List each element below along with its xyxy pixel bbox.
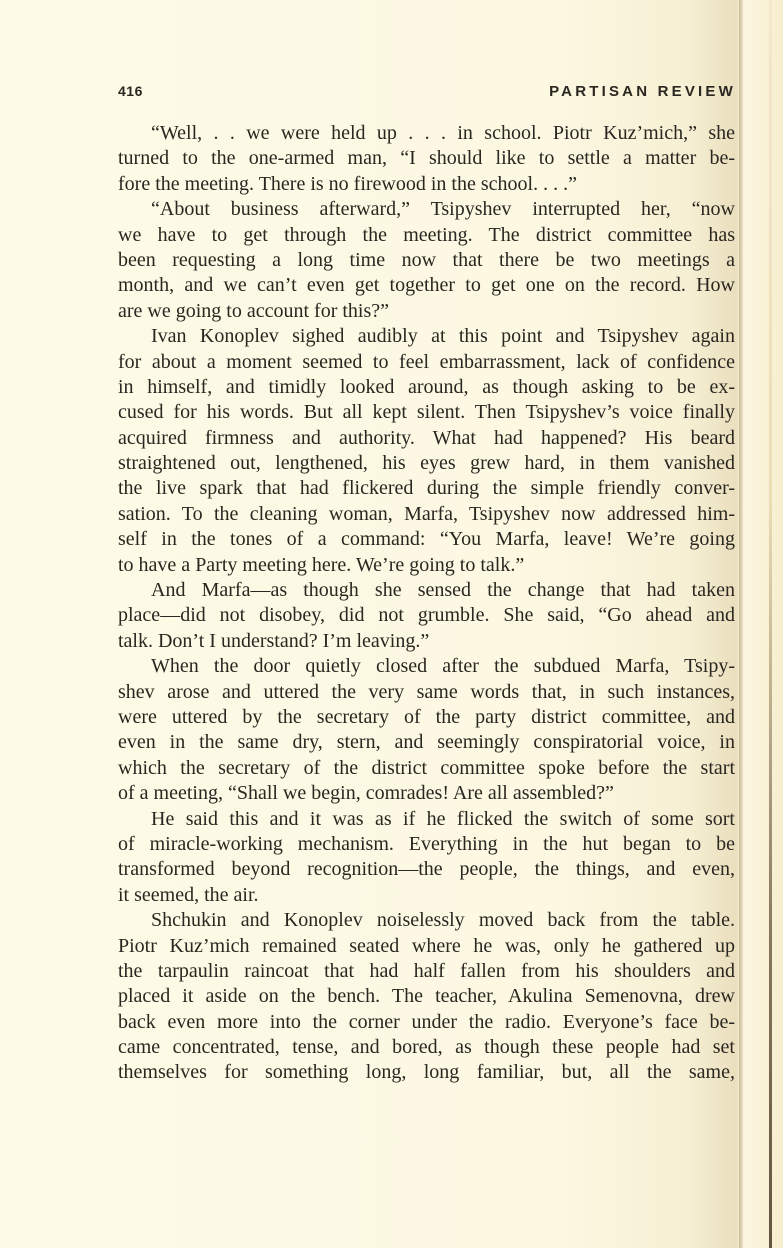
text-line: were uttered by the secretary of the par… (118, 705, 735, 730)
text-line: He said this and it was as if he flicked… (118, 807, 735, 832)
text-line: “About business afterward,” Tsipyshev in… (118, 197, 735, 222)
text-line: in himself, and timidly looked around, a… (118, 375, 735, 400)
text-line: the live spark that had flickered during… (118, 476, 735, 501)
text-line: fore the meeting. There is no firewood i… (118, 172, 735, 197)
text-line: placed it aside on the bench. The teache… (118, 984, 735, 1009)
text-line: Piotr Kuz’mich remained seated where he … (118, 934, 735, 959)
text-line: “Well, . . we were held up . . . in scho… (118, 121, 735, 146)
text-line: straightened out, lengthened, his eyes g… (118, 451, 735, 476)
page-edge (769, 0, 772, 1248)
book-page: 416 PARTISAN REVIEW “Well, . . we were h… (0, 0, 783, 1248)
text-line: themselves for something long, long fami… (118, 1060, 735, 1085)
text-line: transformed beyond recognition—the peopl… (118, 857, 735, 882)
text-line: And Marfa—as though she sensed the chang… (118, 578, 735, 603)
text-line: we have to get through the meeting. The … (118, 223, 735, 248)
text-line: cused for his words. But all kept silent… (118, 400, 735, 425)
text-line: turned to the one-armed man, “I should l… (118, 146, 735, 171)
text-line: the tarpaulin raincoat that had half fal… (118, 959, 735, 984)
text-line: When the door quietly closed after the s… (118, 654, 735, 679)
text-line: to have a Party meeting here. We’re goin… (118, 553, 735, 578)
text-line: of miracle-working mechanism. Everything… (118, 832, 735, 857)
running-head: PARTISAN REVIEW (549, 83, 736, 100)
text-line: shev arose and uttered the very same wor… (118, 680, 735, 705)
text-line: back even more into the corner under the… (118, 1010, 735, 1035)
text-line: came concentrated, tense, and bored, as … (118, 1035, 735, 1060)
text-line: sation. To the cleaning woman, Marfa, Ts… (118, 502, 735, 527)
text-line: it seemed, the air. (118, 883, 735, 908)
text-line: which the secretary of the district comm… (118, 756, 735, 781)
text-line: place—did not disobey, did not grumble. … (118, 603, 735, 628)
page-header: 416 PARTISAN REVIEW (118, 83, 736, 103)
text-line: Ivan Konoplev sighed audibly at this poi… (118, 324, 735, 349)
text-line: talk. Don’t I understand? I’m leaving.” (118, 629, 735, 654)
page-number: 416 (118, 83, 143, 99)
text-line: are we going to account for this?” (118, 299, 735, 324)
text-line: for about a moment seemed to feel embarr… (118, 350, 735, 375)
text-line: even in the same dry, stern, and seeming… (118, 730, 735, 755)
page-gutter-shadow (739, 0, 743, 1248)
text-line: month, and we can’t even get together to… (118, 273, 735, 298)
text-line: been requesting a long time now that the… (118, 248, 735, 273)
text-line: Shchukin and Konoplev noiselessly moved … (118, 908, 735, 933)
text-line: of a meeting, “Shall we begin, comrades!… (118, 781, 735, 806)
text-line: acquired firmness and authority. What ha… (118, 426, 735, 451)
text-line: self in the tones of a command: “You Mar… (118, 527, 735, 552)
body-text: “Well, . . we were held up . . . in scho… (118, 121, 735, 1086)
